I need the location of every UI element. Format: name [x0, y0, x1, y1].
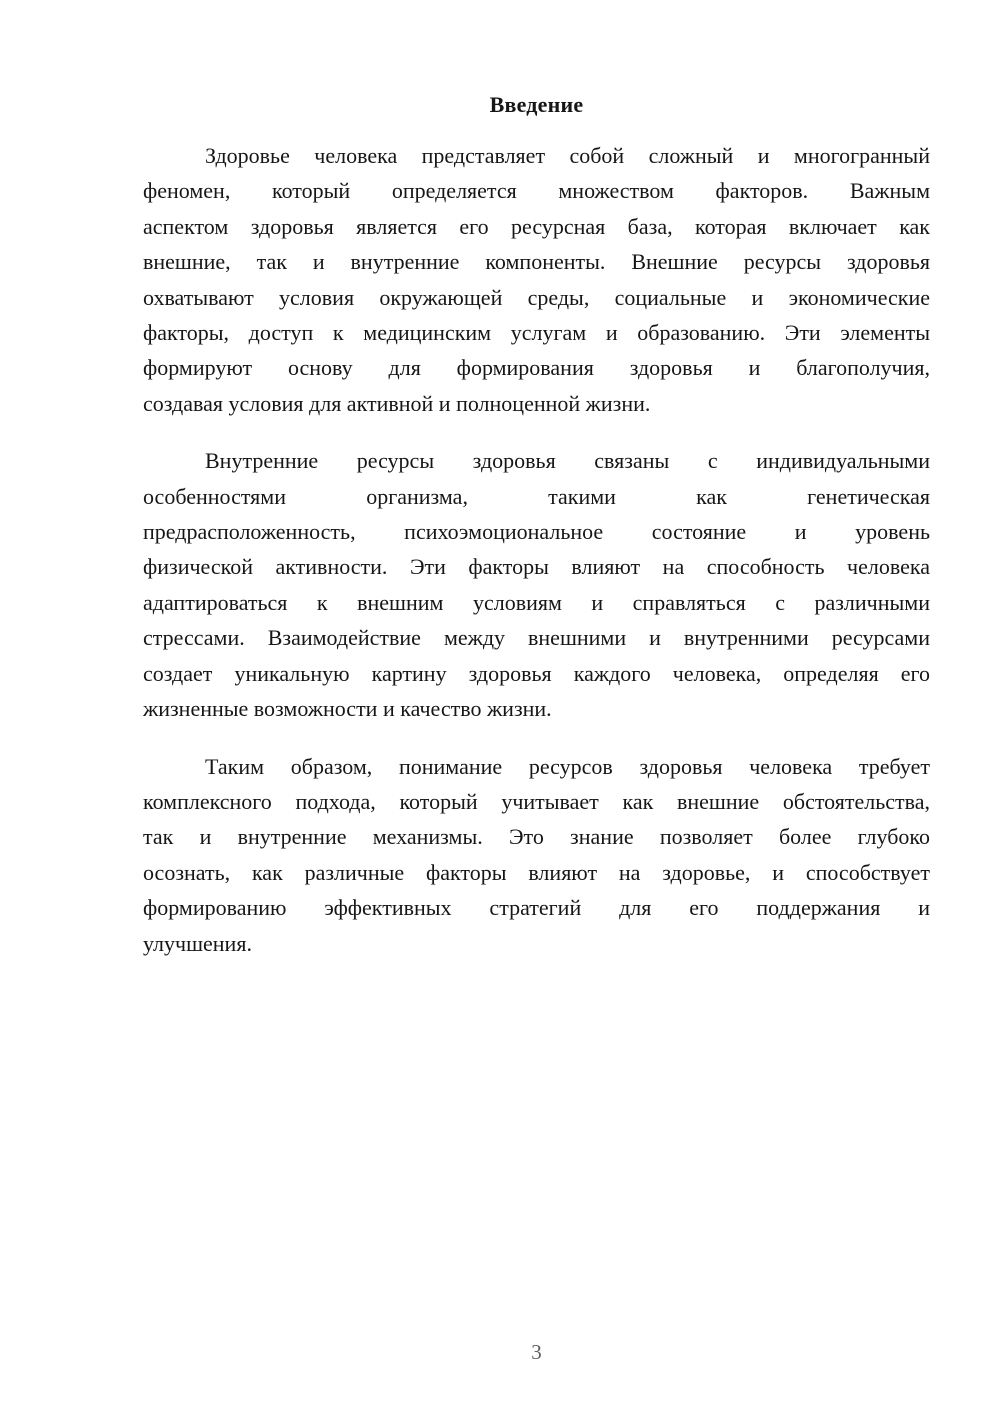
paragraph-line: Здоровье человека представляет собой сло…	[143, 138, 930, 173]
paragraph-line: формированию эффективных стратегий для е…	[143, 890, 930, 925]
paragraph-line: адаптироваться к внешним условиям и спра…	[143, 585, 930, 620]
page-footer: 3	[143, 1340, 930, 1364]
paragraph-line: создавая условия для активной и полноцен…	[143, 386, 930, 421]
paragraph-line: улучшения.	[143, 926, 930, 961]
paragraph: Внутренние ресурсы здоровья связаны с ин…	[143, 443, 930, 726]
paragraph-line: факторы, доступ к медицинским услугам и …	[143, 315, 930, 350]
paragraph-line: особенностями организма, такими как гене…	[143, 479, 930, 514]
paragraph-line: физической активности. Эти факторы влияю…	[143, 549, 930, 584]
paragraph-line: комплексного подхода, который учитывает …	[143, 784, 930, 819]
paragraph-line: предрасположенность, психоэмоциональное …	[143, 514, 930, 549]
paragraph-line: жизненные возможности и качество жизни.	[143, 691, 930, 726]
paragraph-line: феномен, который определяется множеством…	[143, 173, 930, 208]
paragraph-line: стрессами. Взаимодействие между внешними…	[143, 620, 930, 655]
paragraph-line: осознать, как различные факторы влияют н…	[143, 855, 930, 890]
paragraph-line: Внутренние ресурсы здоровья связаны с ин…	[143, 443, 930, 478]
page-number: 3	[531, 1340, 542, 1364]
paragraph-line: формируют основу для формирования здоров…	[143, 350, 930, 385]
paragraph-line: Таким образом, понимание ресурсов здоров…	[143, 749, 930, 784]
paragraph-line: аспектом здоровья является его ресурсная…	[143, 209, 930, 244]
paragraph-line: охватывают условия окружающей среды, соц…	[143, 280, 930, 315]
document-body: Здоровье человека представляет собой сло…	[143, 138, 930, 961]
paragraph-line: внешние, так и внутренние компоненты. Вн…	[143, 244, 930, 279]
document-title: Введение	[143, 87, 930, 122]
paragraph: Таким образом, понимание ресурсов здоров…	[143, 749, 930, 961]
paragraph-line: так и внутренние механизмы. Это знание п…	[143, 819, 930, 854]
paragraph-line: создает уникальную картину здоровья кажд…	[143, 656, 930, 691]
paragraph: Здоровье человека представляет собой сло…	[143, 138, 930, 421]
document-page: Введение Здоровье человека представляет …	[0, 0, 1000, 1414]
